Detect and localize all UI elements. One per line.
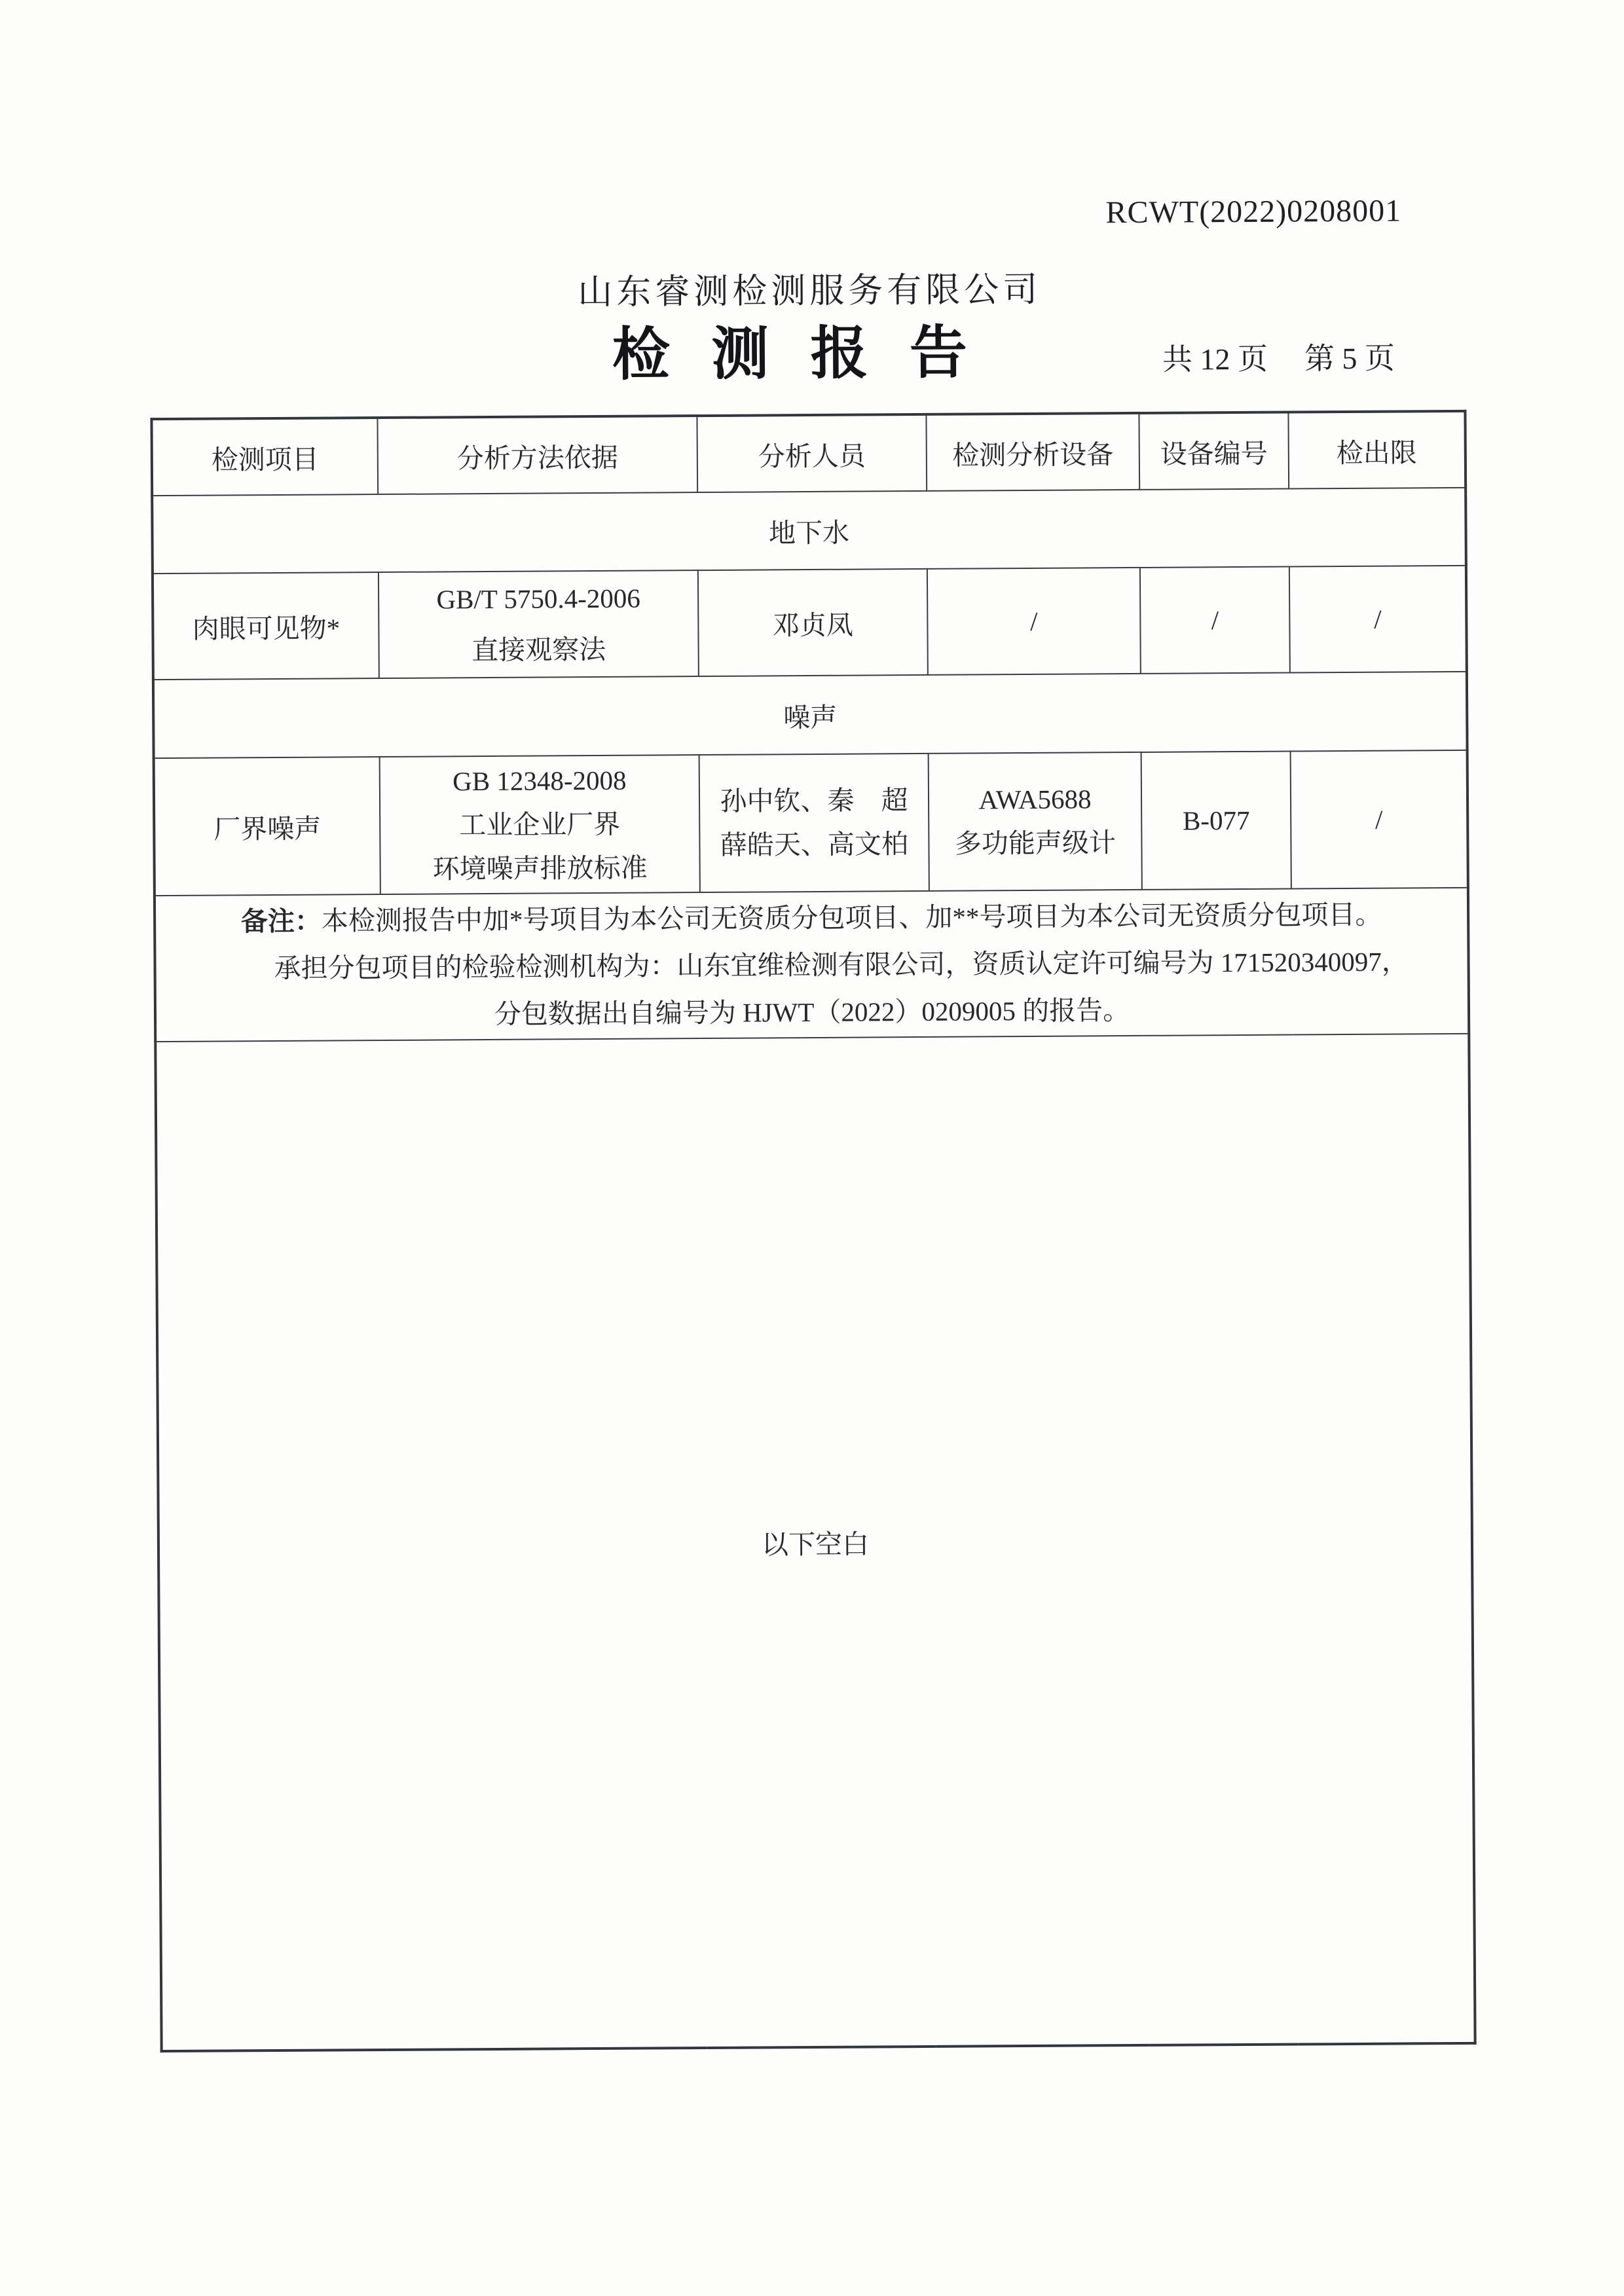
- col-header-method: 分析方法依据: [377, 416, 697, 494]
- method-line: 直接观察法: [379, 623, 697, 676]
- remarks-line-1: 备注：本检测报告中加*号项目为本公司无资质分包项目、加**号项目为本公司无资质分…: [156, 890, 1467, 945]
- equipment-line: 多功能声级计: [929, 821, 1141, 866]
- cell-method: GB/T 5750.4-2006 直接观察法: [378, 570, 699, 678]
- report-number: RCWT(2022)0208001: [1105, 192, 1401, 230]
- col-header-analyst: 分析人员: [697, 414, 927, 492]
- analyst-line: 孙中钦、秦 超: [700, 778, 928, 824]
- remarks-line-2: 承担分包项目的检验检测机构为：山东宜维检测有限公司，资质认定许可编号为 1715…: [156, 937, 1467, 992]
- blank-row: 以下空白: [155, 1034, 1475, 2051]
- method-line: 工业企业厂界: [380, 802, 699, 848]
- cell-detection-limit: /: [1289, 566, 1467, 673]
- equipment-line: AWA5688: [929, 777, 1141, 822]
- remarks-line-3: 分包数据出自编号为 HJWT（2022）0209005 的报告。: [157, 984, 1467, 1039]
- group-row-noise: 噪声: [153, 672, 1467, 758]
- col-header-item: 检测项目: [151, 418, 378, 496]
- report-sheet: RCWT(2022)0208001 山东睿测检测服务有限公司 检测报告 共 12…: [0, 0, 1624, 2296]
- remarks-cell: 备注：本检测报告中加*号项目为本公司无资质分包项目、加**号项目为本公司无资质分…: [155, 888, 1469, 1042]
- cell-equipment-no: /: [1140, 567, 1290, 674]
- cell-method: GB 12348-2008 工业企业厂界 环境噪声排放标准: [380, 755, 700, 894]
- group-row-groundwater: 地下水: [152, 488, 1466, 574]
- table-header-row: 检测项目 分析方法依据 分析人员 检测分析设备 设备编号 检出限: [151, 411, 1466, 496]
- group-label-groundwater: 地下水: [152, 488, 1466, 574]
- page-info: 共 12 页 第 5 页: [1162, 335, 1395, 379]
- group-label-noise: 噪声: [153, 672, 1467, 758]
- report-title: 检测报告: [612, 306, 1008, 392]
- col-header-equipment: 检测分析设备: [926, 413, 1139, 491]
- cell-item: 肉眼可见物*: [153, 572, 379, 680]
- cell-item: 厂界噪声: [154, 757, 380, 896]
- method-line: GB 12348-2008: [380, 758, 699, 804]
- scanned-report-page: RCWT(2022)0208001 山东睿测检测服务有限公司 检测报告 共 12…: [0, 0, 1624, 2296]
- page-current: 第 5 页: [1304, 335, 1395, 378]
- col-header-equipment-no: 设备编号: [1139, 412, 1289, 490]
- pages-total: 共 12 页: [1162, 335, 1268, 379]
- table-row-boundary-noise: 厂界噪声 GB 12348-2008 工业企业厂界 环境噪声排放标准 孙中钦、秦…: [154, 750, 1468, 896]
- remarks-text-1: 本检测报告中加*号项目为本公司无资质分包项目、加**号项目为本公司无资质分包项目…: [322, 899, 1382, 936]
- cell-analyst: 邓贞凤: [698, 569, 928, 676]
- cell-equipment-no: B-077: [1141, 752, 1291, 890]
- cell-equipment: /: [927, 568, 1141, 675]
- cell-analyst: 孙中钦、秦 超 薛皓天、高文柏: [699, 754, 929, 892]
- method-line: GB/T 5750.4-2006: [379, 572, 697, 625]
- method-line: 环境噪声排放标准: [380, 846, 699, 892]
- remarks-row: 备注：本检测报告中加*号项目为本公司无资质分包项目、加**号项目为本公司无资质分…: [155, 888, 1469, 1042]
- cell-detection-limit: /: [1291, 750, 1468, 889]
- cell-equipment: AWA5688 多功能声级计: [929, 752, 1142, 891]
- blank-below-note: 以下空白: [155, 1034, 1475, 2051]
- test-report-table: 检测项目 分析方法依据 分析人员 检测分析设备 设备编号 检出限 地下水 肉眼可…: [150, 410, 1476, 2052]
- table-row-visible-matter: 肉眼可见物* GB/T 5750.4-2006 直接观察法 邓贞凤 / / /: [153, 566, 1467, 680]
- remarks-label: 备注：: [241, 905, 322, 936]
- col-header-detection-limit: 检出限: [1288, 411, 1466, 489]
- analyst-line: 薛皓天、高文柏: [700, 822, 928, 867]
